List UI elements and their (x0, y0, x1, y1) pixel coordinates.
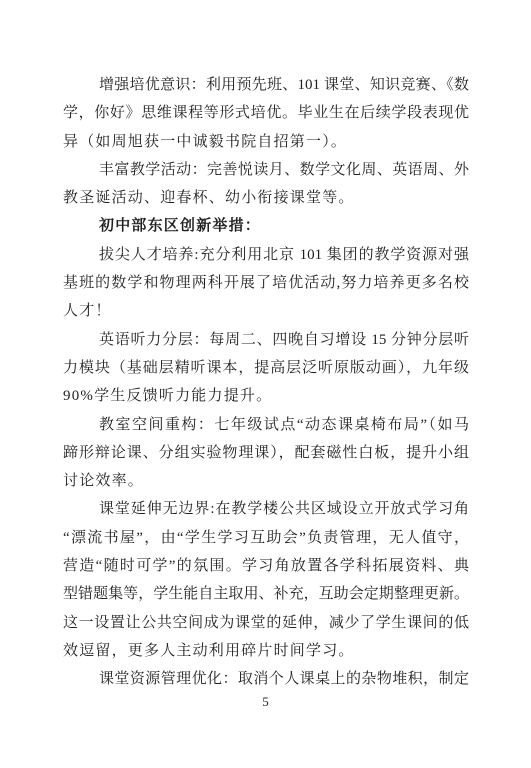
text-line: 拔尖人才培养:充分利用北京 101 集团的教学资源对强 (63, 241, 469, 269)
text-line: 蹄形辩论课、分组实验物理课），配套磁性白板，提升小组 (63, 439, 469, 467)
text-line: 营造“随时可学”的氛围。学习角放置各学科拓展资料、典 (63, 552, 469, 580)
text-line: 丰富教学活动：完善悦读月、数学文化周、英语周、外 (63, 156, 469, 184)
text-line: 讨论效率。 (63, 467, 469, 495)
section-heading: 初中部东区创新举措： (63, 212, 469, 240)
text-block: 增强培优意识：利用预先班、101 课堂、知识竞赛、《数 学，你好》思维课程等形式… (63, 71, 469, 694)
text-line: 基班的数学和物理两科开展了培优活动,努力培养更多名校 (63, 269, 469, 297)
text-line: 效逗留，更多人主动利用碎片时间学习。 (63, 637, 469, 665)
document-page: 增强培优意识：利用预先班、101 课堂、知识竞赛、《数 学，你好》思维课程等形式… (0, 0, 531, 768)
text-line: 增强培优意识：利用预先班、101 课堂、知识竞赛、《数 (63, 71, 469, 99)
text-line: 这一设置让公共空间成为课堂的延伸，减少了学生课间的低 (63, 609, 469, 637)
text-line: “漂流书屋”，由“学生学习互助会”负责管理，无人值守， (63, 524, 469, 552)
text-line: 90%学生反馈听力能力提升。 (63, 382, 469, 410)
text-line: 学，你好》思维课程等形式培优。毕业生在后续学段表现优 (63, 99, 469, 127)
text-line: 教室空间重构：七年级试点“动态课桌椅布局”（如马 (63, 411, 469, 439)
text-line: 异（如周旭获一中诚毅书院自招第一）。 (63, 128, 469, 156)
text-line: 型错题集等，学生能自主取用、补充，互助会定期整理更新。 (63, 580, 469, 608)
text-line: 英语听力分层：每周二、四晚自习增设 15 分钟分层听 (63, 326, 469, 354)
text-line: 课堂延伸无边界:在教学楼公共区域设立开放式学习角 (63, 495, 469, 523)
text-line: 课堂资源管理优化：取消个人课桌上的杂物堆积，制定 (63, 665, 469, 693)
text-line: 力模块（基础层精听课本，提高层泛听原版动画），九年级 (63, 354, 469, 382)
text-line: 人才！ (63, 297, 469, 325)
text-line: 教圣诞活动、迎春杯、幼小衔接课堂等。 (63, 184, 469, 212)
page-number: 5 (0, 693, 531, 711)
